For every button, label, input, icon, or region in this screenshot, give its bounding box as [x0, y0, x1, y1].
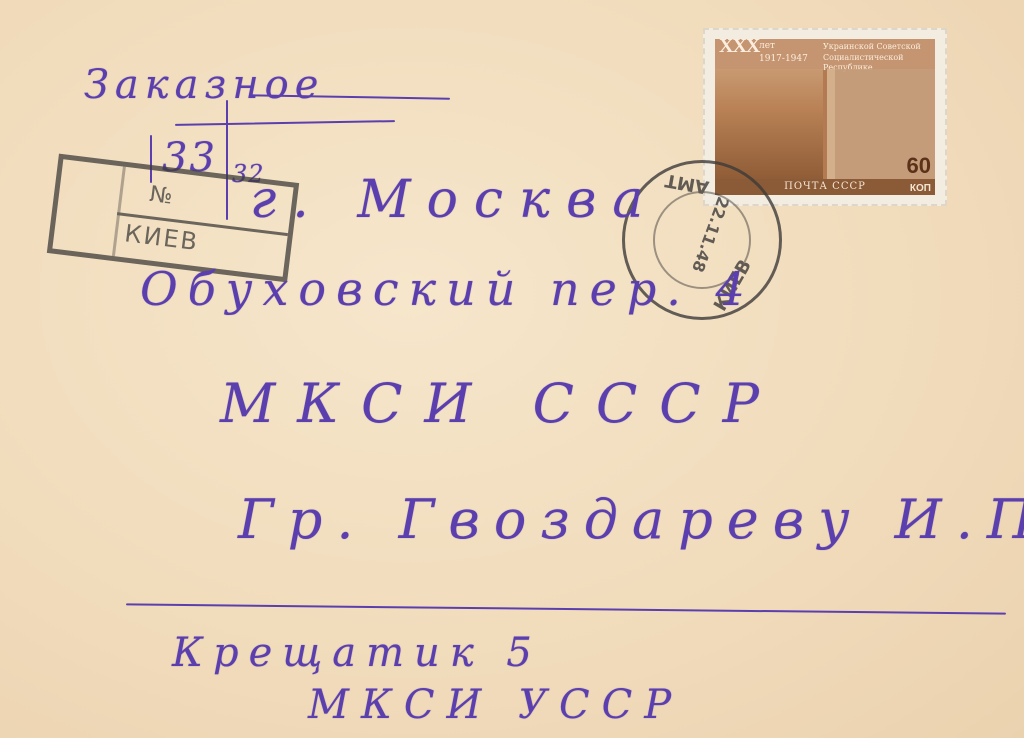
stamp-image: XXX лет 1917-1947 Украинской Советской С…	[715, 39, 935, 195]
stamp-numeral: XXX	[719, 41, 759, 51]
return-address-org: МКСИ УССР	[308, 682, 683, 728]
stamp-value: 60	[907, 153, 931, 179]
registration-number-sign: №	[148, 182, 174, 210]
address-recipient: Гр. Гвоздареву И.П.	[238, 488, 1024, 551]
address-organization: МКСИ СССР	[220, 372, 781, 435]
stamp-header: XXX лет 1917-1947 Украинской Советской С…	[715, 39, 935, 69]
stamp-header-word: лет	[759, 41, 775, 51]
stamp-years: 1917-1947	[759, 54, 808, 64]
stamp-unit: КОП	[910, 183, 931, 194]
address-street: Обуховский пер. 4	[140, 262, 755, 316]
address-city: г. Москва	[250, 170, 659, 230]
postmark-top-text: АМТ	[664, 169, 711, 197]
return-address-street: Крещатик 5	[172, 630, 542, 676]
stamp-title-line1: Украинской Советской	[823, 42, 921, 52]
envelope: Заказное 33 32 № КИЕВ XXX лет 1917-1947 …	[0, 0, 1024, 738]
registration-city: КИЕВ	[123, 219, 200, 256]
handwritten-header: Заказное	[84, 62, 324, 108]
